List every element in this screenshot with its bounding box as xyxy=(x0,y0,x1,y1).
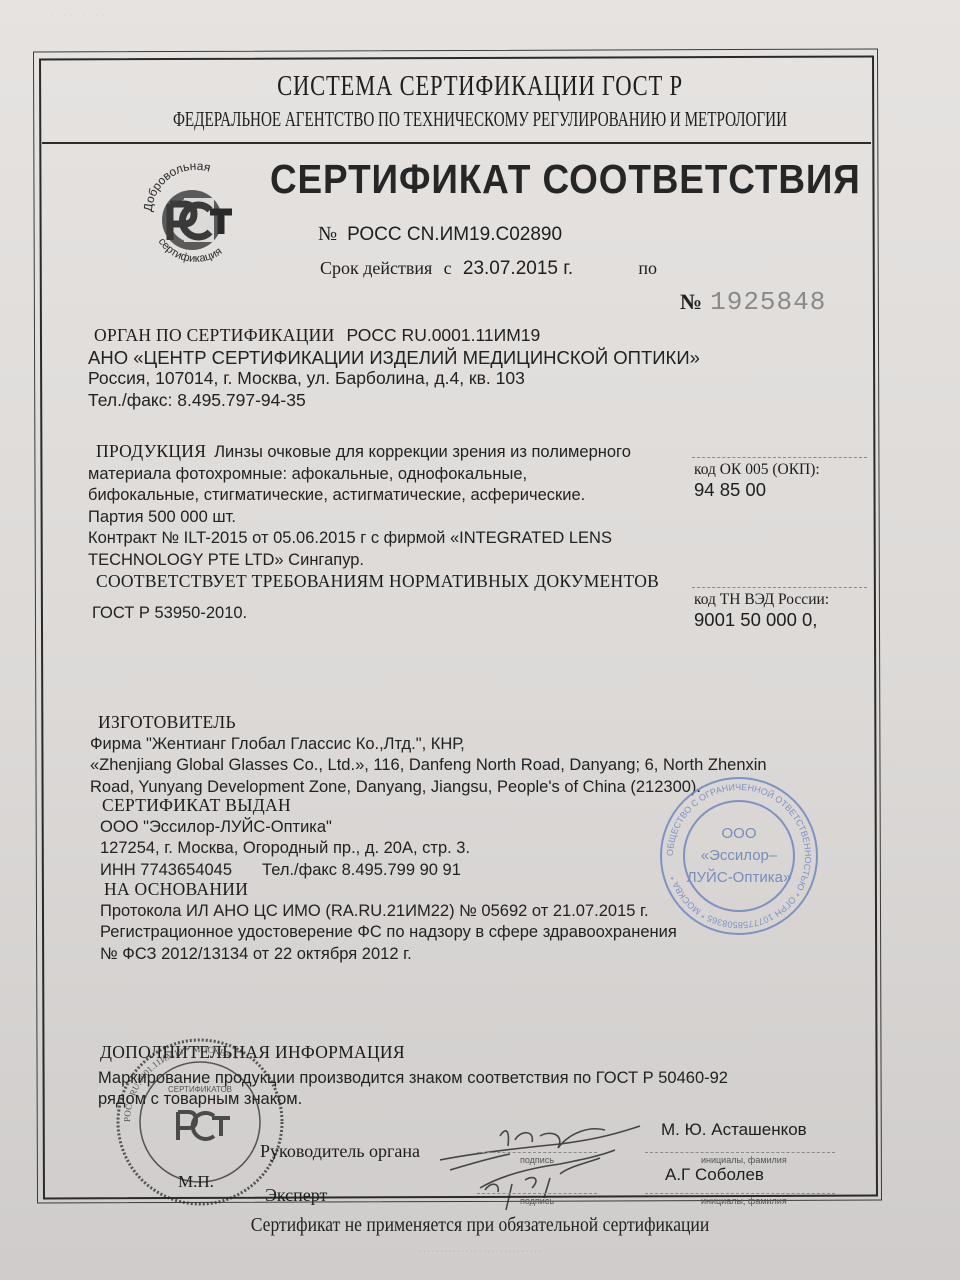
certification-body: ОРГАН ПО СЕРТИФИКАЦИИРОСС RU.0001.11ИМ19… xyxy=(88,325,700,411)
faded-print-bottom: · · · · · · · · · · · · · · · · · · · · … xyxy=(0,1248,960,1255)
expert-name-caption: инициалы, фамилия xyxy=(701,1196,787,1206)
rst-logo-icon: Добровольная сертификация xyxy=(140,160,250,270)
certificate-number: №РОСС CN.ИМ19.С02890 xyxy=(318,223,562,246)
footer-note: Сертификат не применяется при обязательн… xyxy=(58,1214,903,1237)
okp-code-box: код ОК 005 (ОКП): 94 85 00 xyxy=(694,461,820,501)
product-section: ПРОДУКЦИЯЛинзы очковые для коррекции зре… xyxy=(88,441,688,624)
blank-serial-number: №1925848 xyxy=(680,285,826,317)
head-signature-line xyxy=(477,1152,597,1153)
agency-title: ФЕДЕРАЛЬНОЕ АГЕНТСТВО ПО ТЕХНИЧЕСКОМУ РЕ… xyxy=(134,107,825,132)
head-name: М. Ю. Асташенков xyxy=(661,1120,807,1140)
svg-text:СЕРТИФИКАТОВ: СЕРТИФИКАТОВ xyxy=(168,1085,232,1094)
head-label: Руководитель органа xyxy=(260,1141,420,1162)
expert-signature-caption: подпись xyxy=(520,1196,554,1206)
company-seal-icon: ОБЩЕСТВО С ОГРАНИЧЕННОЙ ОТВЕТСТВЕННОСТЬЮ… xyxy=(655,772,823,940)
okp-divider xyxy=(692,457,867,458)
faded-print-top: · · · · · · · · · · · · xyxy=(45,12,117,19)
system-title: СИСТЕМА СЕРТИФИКАЦИИ ГОСТ Р xyxy=(106,70,855,103)
svg-text:ООО: ООО xyxy=(721,825,756,842)
document-title: СЕРТИФИКАТ СООТВЕТСТВИЯ xyxy=(270,156,861,203)
head-name-line xyxy=(645,1152,835,1153)
head-name-caption: инициалы, фамилия xyxy=(701,1155,787,1165)
svg-text:ЛУЙС-Оптика»: ЛУЙС-Оптика» xyxy=(687,868,792,886)
stamp-mp-label: М.П. xyxy=(178,1172,214,1192)
expert-label: Эксперт xyxy=(265,1185,327,1206)
head-signature-caption: подпись xyxy=(520,1155,554,1165)
expert-name: А.Г Соболев xyxy=(665,1165,764,1185)
validity-period: Срок действия с 23.07.2015 г. по xyxy=(320,258,657,280)
expert-signature-line xyxy=(477,1193,597,1194)
header-divider xyxy=(42,142,871,144)
issued-to-section: СЕРТИФИКАТ ВЫДАН ООО "Эссилор-ЛУЙС-Оптик… xyxy=(88,795,470,881)
tnved-code-box: код ТН ВЭД России: 9001 50 000 0, xyxy=(694,591,829,631)
svg-text:«Эссилор–: «Эссилор– xyxy=(701,847,778,864)
tnved-divider xyxy=(692,587,867,588)
handwritten-signatures-icon xyxy=(440,1118,670,1218)
expert-name-line xyxy=(645,1193,835,1194)
basis-section: НА ОСНОВАНИИ Протокола ИЛ АНО ЦС ИМО (RA… xyxy=(88,879,677,965)
